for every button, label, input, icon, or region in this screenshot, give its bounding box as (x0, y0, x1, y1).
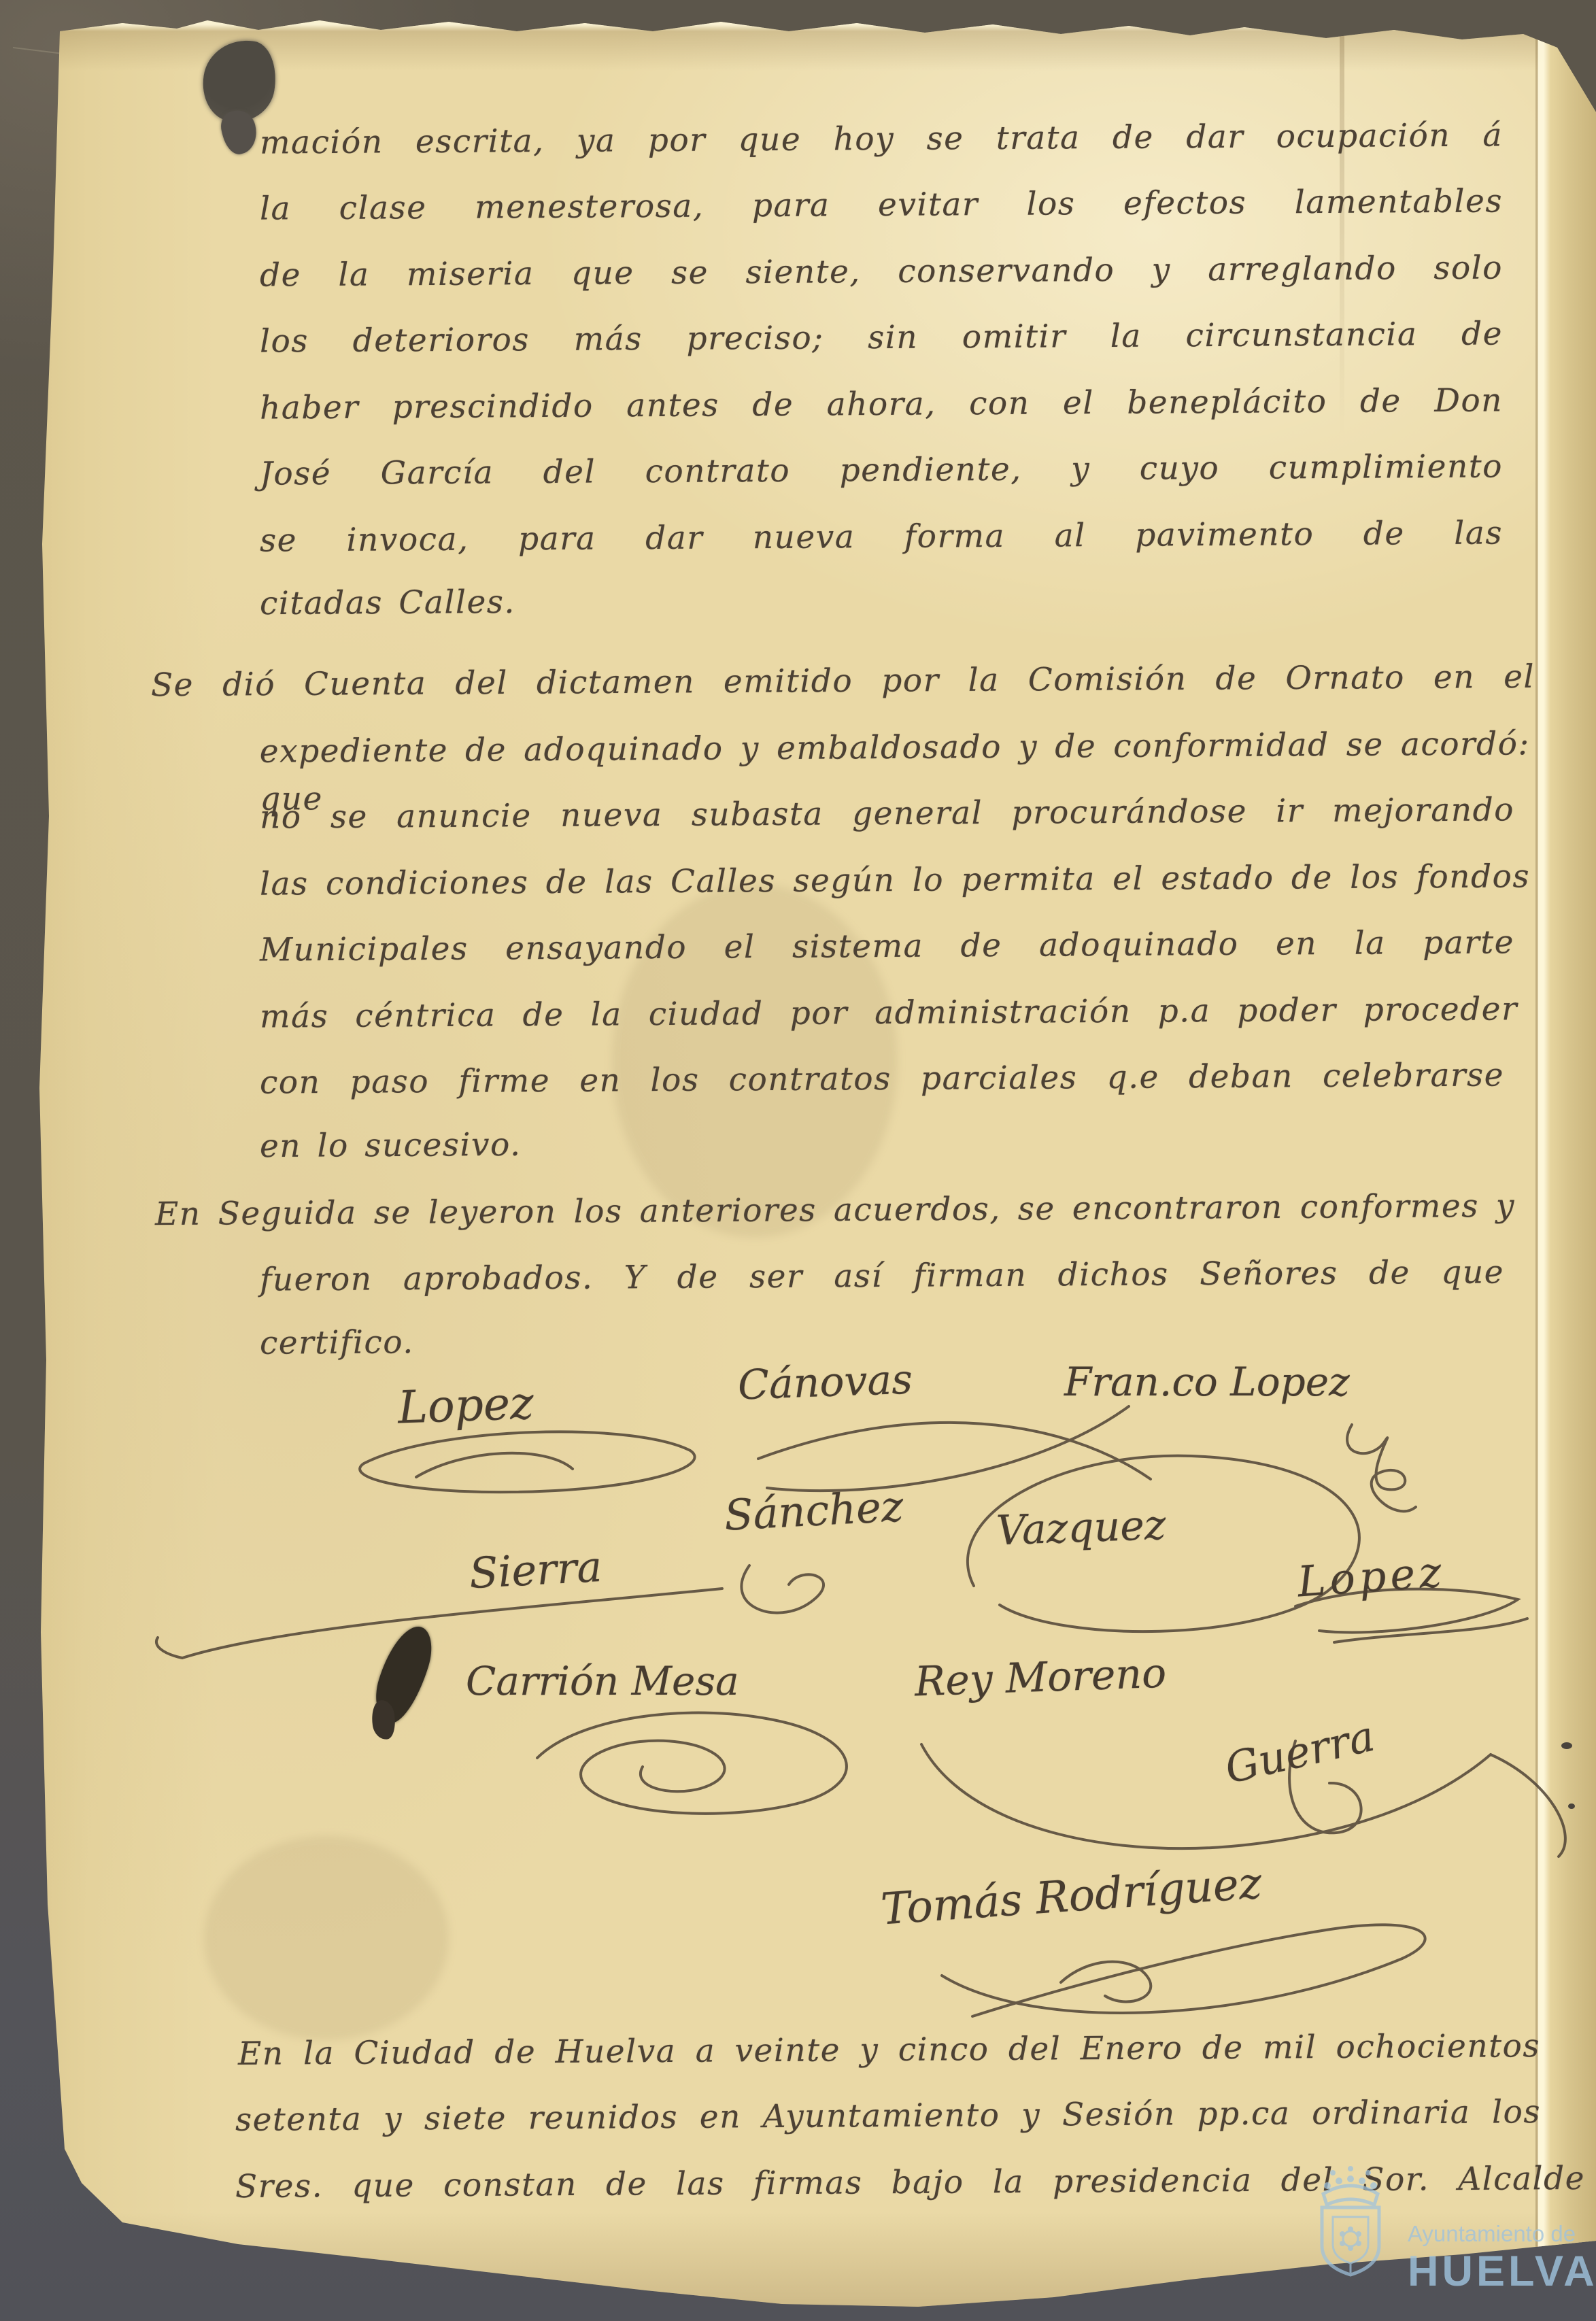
manuscript-line: setenta y siete reunidos en Ayuntamiento… (235, 2088, 1541, 2144)
manuscript-line: En la Ciudad de Huelva a veinte y cinco … (238, 2022, 1540, 2078)
rubric-sierra (156, 1589, 722, 1658)
signature-flourishes (0, 0, 1596, 2321)
huelva-crest-icon (1303, 2164, 1398, 2280)
rubric-franco-lopez (1347, 1425, 1416, 1511)
rubric-lopez (360, 1431, 694, 1492)
rubric-tomas-rodriguez (942, 1925, 1425, 2016)
rubric-rey-moreno (921, 1741, 1565, 1857)
archive-watermark: Ayuntamiento de HUELVA (1291, 2161, 1596, 2321)
rubric-lopez-2 (1295, 1589, 1527, 1642)
rubric-sanchez (741, 1565, 824, 1613)
watermark-text: HUELVA (1408, 2247, 1596, 2296)
rubric-canovas (758, 1406, 1151, 1491)
scanned-document-page: mación escrita, ya por que hoy se trata … (0, 0, 1596, 2321)
rubric-carrion (537, 1713, 847, 1814)
watermark-text: Ayuntamiento de (1408, 2221, 1576, 2247)
